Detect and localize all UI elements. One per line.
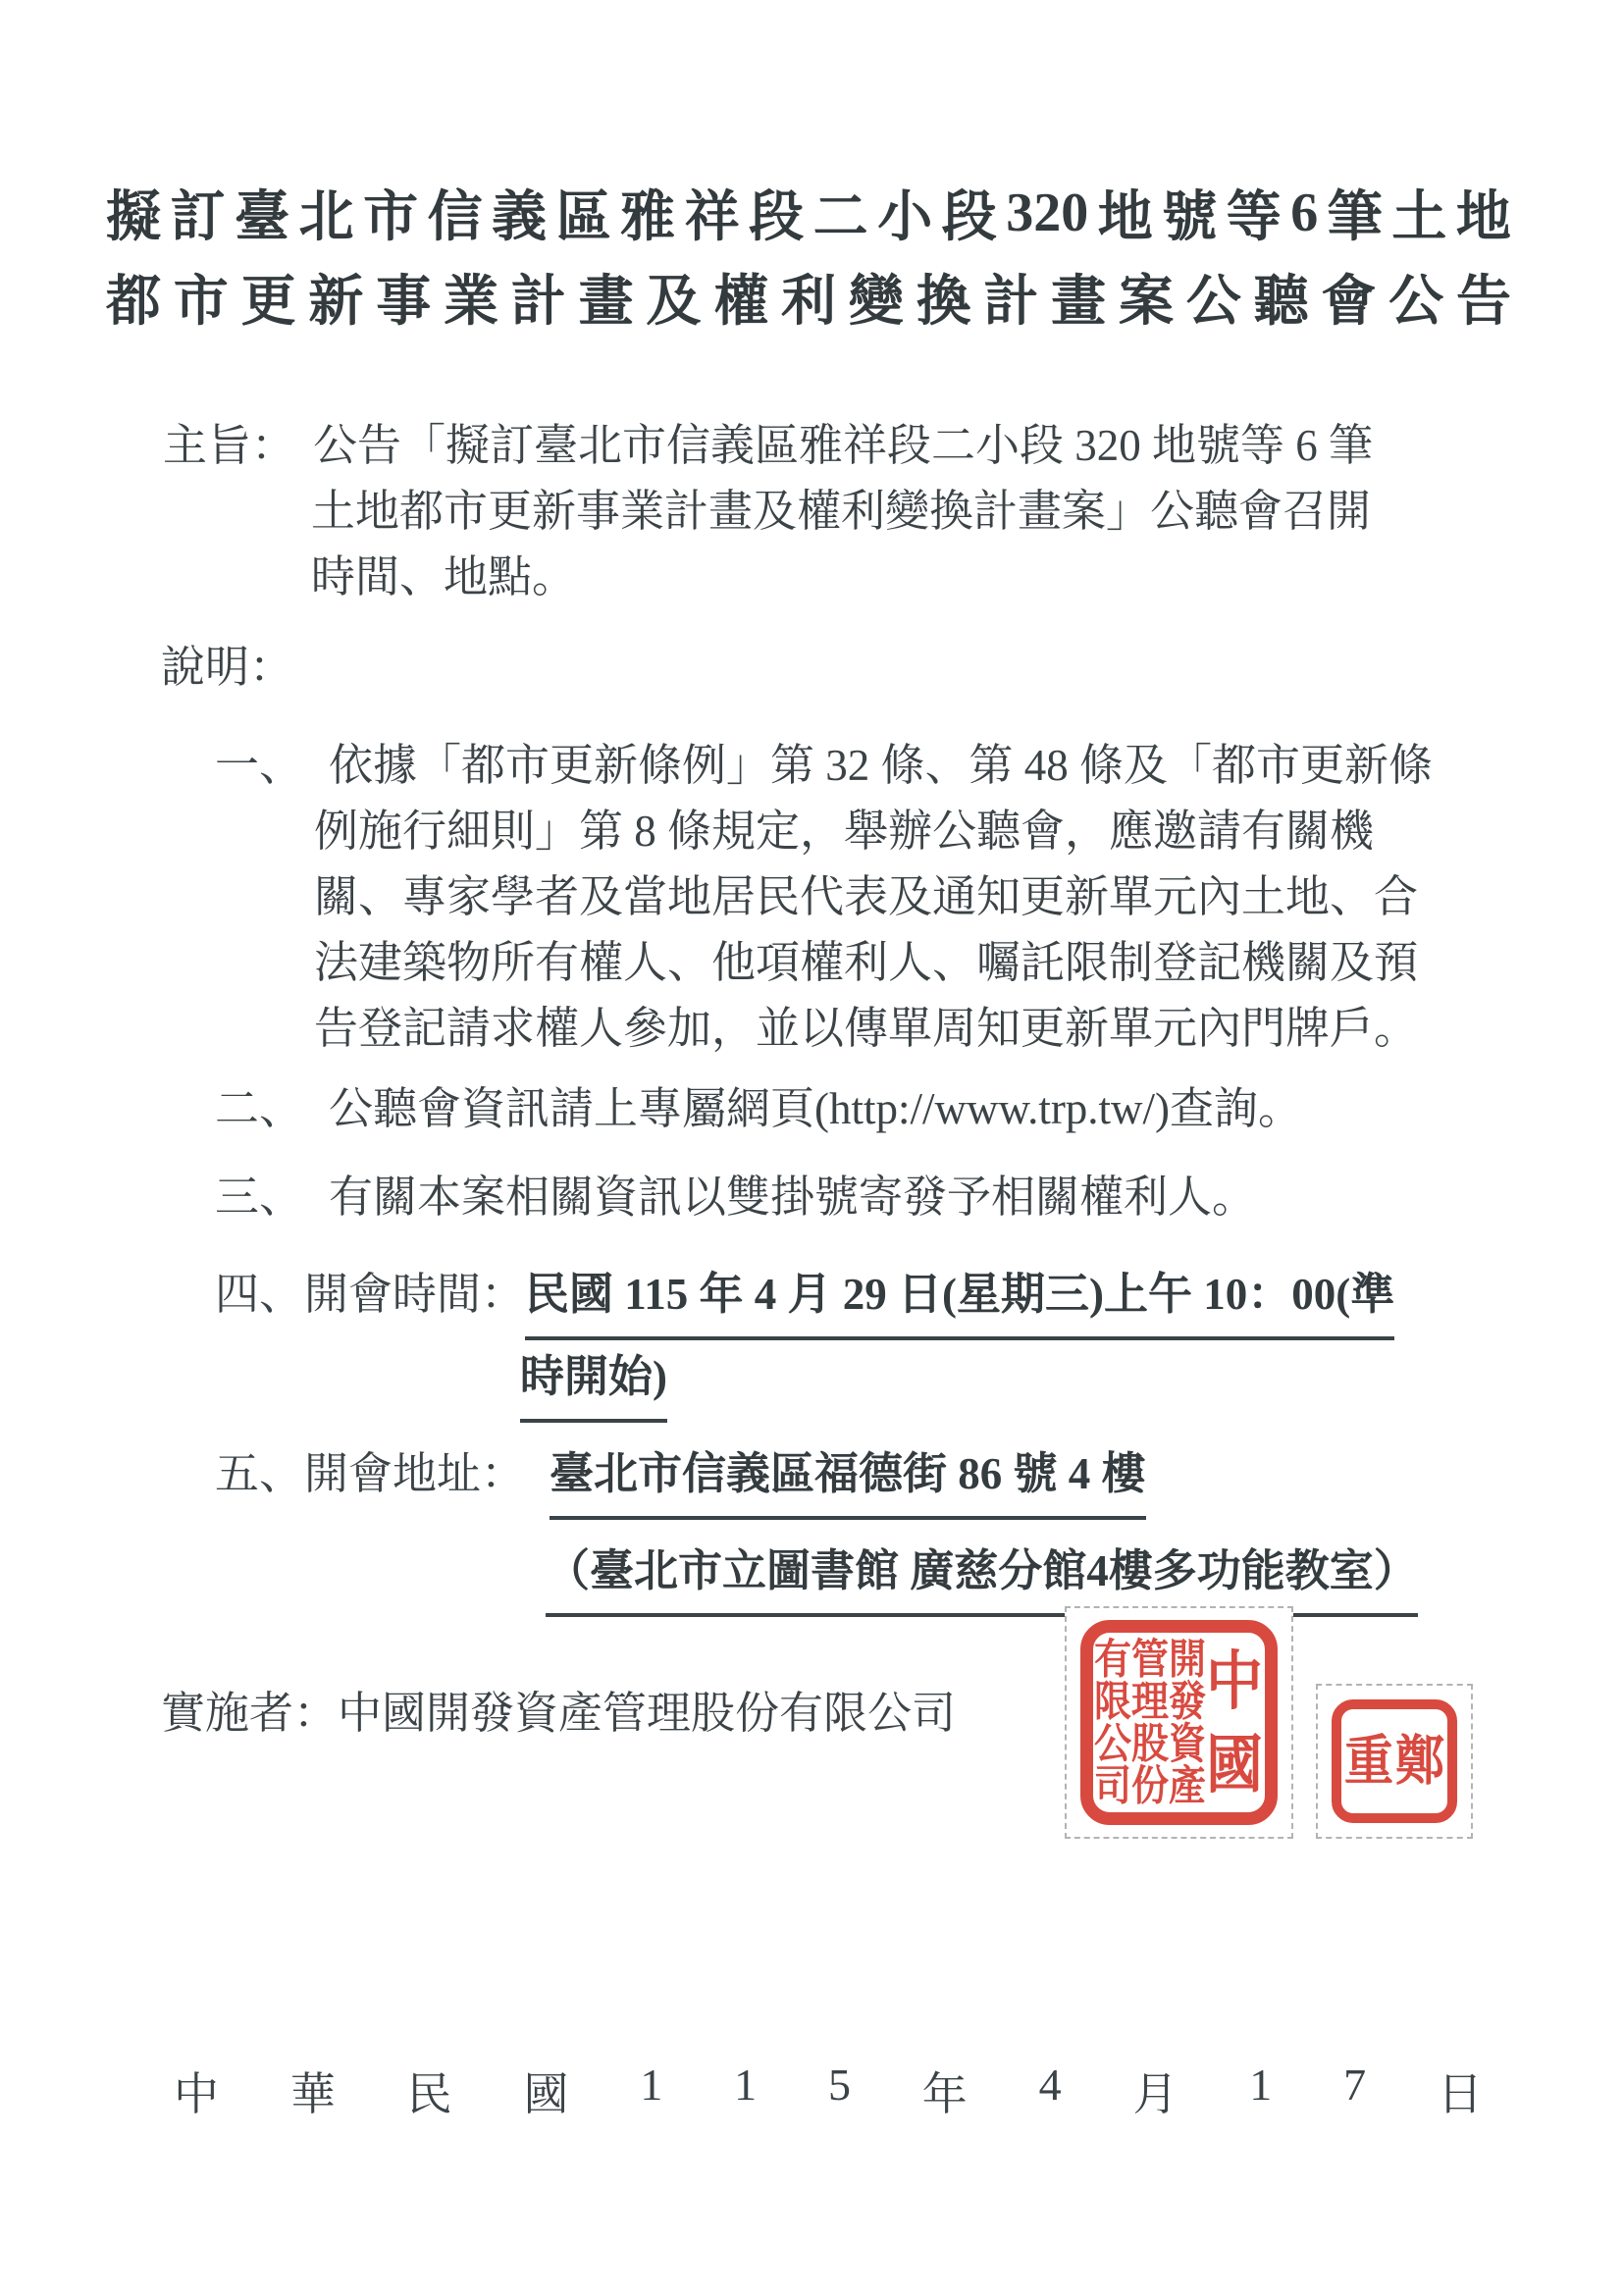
item-1-marker: 一、 — [215, 733, 329, 799]
text-token: 國 — [523, 2059, 568, 2123]
seal-character: 發 — [1169, 1681, 1206, 1723]
text-token: 段 — [942, 174, 997, 252]
list-item-1-line-3: 關、專家學者及當地居民代表及通知更新單元內土地、合 — [314, 864, 1623, 930]
list-item-2: 二、公聽會資訊請上專屬網頁(http://www.trp.tw/)查詢。 — [0, 1076, 1623, 1142]
text-token: 4 — [1039, 2059, 1062, 2123]
text-token: 雅 — [620, 174, 675, 252]
text-token: 1 — [640, 2059, 662, 2123]
subject-line-2: 土地都市更新事業計畫及權利變換計畫案」公聽會召開 — [311, 479, 1623, 545]
text-token: 信 — [428, 174, 483, 252]
text-token: 6 — [1290, 182, 1318, 244]
text-token: 地 — [1456, 174, 1511, 252]
list-item-5-line-1: 五、開會地址：臺北市信義區福德街 86 號 4 樓 — [215, 1437, 1623, 1520]
list-item-5-meeting-place: 五、開會地址：臺北市信義區福德街 86 號 4 樓 （臺北市立圖書館 廣慈分館4… — [0, 1437, 1623, 1617]
text-token: 7 — [1343, 2059, 1366, 2123]
list-item-3: 三、有關本案相關資訊以雙掛號寄發予相關權利人。 — [0, 1165, 1623, 1230]
seal-character: 有 — [1094, 1639, 1131, 1681]
seal-character: 股 — [1131, 1723, 1169, 1765]
list-item-3-line-1: 三、有關本案相關資訊以雙掛號寄發予相關權利人。 — [215, 1165, 1623, 1230]
text-token: 市 — [363, 174, 418, 252]
meeting-time-value-1: 民國 115 年 4 月 29 日(星期三)上午 10：00(準 — [525, 1258, 1394, 1340]
text-token: 新 — [308, 258, 363, 337]
text-token: 案 — [1119, 258, 1174, 337]
text-token: 二 — [813, 174, 868, 252]
seal-group: 中國開發資產管理股份有限公司 鄭重 — [1065, 1606, 1473, 1839]
implementer-line: 實施者：中國開發資產管理股份有限公司 — [161, 1681, 956, 1747]
list-item-1-line-4: 法建築物所有權人、他項權利人、囑託限制登記機關及預 — [314, 930, 1623, 996]
text-token: 臺 — [235, 174, 289, 252]
title-line-2: 都市更新事業計畫及權利變換計畫案公聽會公告 — [106, 255, 1511, 339]
seal-character: 理 — [1131, 1681, 1169, 1723]
seal-character: 開 — [1169, 1639, 1206, 1681]
announcement-document-page: 擬訂臺北市信義區雅祥段二小段320地號等6筆土地 都市更新事業計畫及權利變換計畫… — [0, 0, 1623, 2296]
seal-column: 重 — [1343, 1713, 1394, 1809]
document-date-line: 中華民國115年4月17日 — [174, 2059, 1483, 2123]
text-token: 土 — [1391, 174, 1446, 252]
text-token: 地 — [1098, 174, 1153, 252]
text-token: 月 — [1132, 2059, 1178, 2123]
seal-character: 管 — [1131, 1639, 1169, 1681]
text-token: 華 — [290, 2059, 336, 2123]
text-token: 事 — [376, 258, 431, 337]
seal-character: 國 — [1206, 1733, 1263, 1797]
seal-character: 資 — [1169, 1723, 1206, 1765]
text-token: 計 — [983, 258, 1038, 337]
item-1-text-1: 依據「都市更新條例」第 32 條、第 48 條及「都市更新條 — [329, 741, 1433, 790]
title-line-1: 擬訂臺北市信義區雅祥段二小段320地號等6筆土地 — [106, 171, 1511, 255]
name-seal-stamp-icon: 鄭重 — [1332, 1699, 1457, 1823]
list-item-1-line-1: 一、依據「都市更新條例」第 32 條、第 48 條及「都市更新條 — [215, 733, 1623, 799]
subject-label: 主旨： — [163, 413, 313, 479]
seal-character: 限 — [1094, 1681, 1131, 1723]
item-3-text: 有關本案相關資訊以雙掛號寄發予相關權利人。 — [329, 1173, 1256, 1222]
text-token: 公 — [1388, 258, 1443, 337]
text-token: 業 — [444, 258, 498, 337]
text-token: 區 — [556, 174, 611, 252]
meeting-time-value-2: 時開始) — [520, 1340, 667, 1423]
list-item-4-line-2: 時開始) — [520, 1340, 1623, 1423]
text-token: 利 — [781, 258, 836, 337]
text-token: 聽 — [1254, 258, 1309, 337]
item-5-marker: 五、 — [215, 1437, 304, 1511]
subject-text-1: 公告「擬訂臺北市信義區雅祥段二小段 320 地號等 6 筆 — [313, 421, 1373, 470]
text-token: 年 — [922, 2059, 968, 2123]
company-seal-box: 中國開發資產管理股份有限公司 — [1065, 1606, 1293, 1839]
text-token: 變 — [849, 258, 904, 337]
text-token: 號 — [1162, 174, 1217, 252]
implementer-label: 實施者： — [161, 1689, 338, 1738]
text-token: 計 — [511, 258, 566, 337]
seal-character: 鄭 — [1395, 1735, 1444, 1789]
company-seal-stamp-icon: 中國開發資產管理股份有限公司 — [1080, 1620, 1278, 1825]
text-token: 訂 — [171, 174, 226, 252]
text-token: 更 — [241, 258, 296, 337]
text-token: 義 — [492, 174, 547, 252]
subject-line-1: 主旨：公告「擬訂臺北市信義區雅祥段二小段 320 地號等 6 筆 — [163, 413, 1623, 479]
text-token: 1 — [734, 2059, 757, 2123]
seal-character: 中 — [1206, 1648, 1263, 1712]
text-token: 市 — [174, 258, 229, 337]
explanation-label: 說明： — [161, 635, 1623, 701]
text-token: 5 — [828, 2059, 851, 2123]
list-item-5-line-2: （臺北市立圖書館 廣慈分館4樓多功能教室） — [546, 1535, 1623, 1617]
list-item-2-line-1: 二、公聽會資訊請上專屬網頁(http://www.trp.tw/)查詢。 — [215, 1076, 1623, 1142]
text-token: 擬 — [106, 174, 161, 252]
text-token: 1 — [1249, 2059, 1272, 2123]
name-seal-box: 鄭重 — [1316, 1684, 1473, 1839]
text-token: 告 — [1456, 258, 1511, 337]
document-title: 擬訂臺北市信義區雅祥段二小段320地號等6筆土地 都市更新事業計畫及權利變換計畫… — [106, 0, 1511, 339]
subject-section: 主旨：公告「擬訂臺北市信義區雅祥段二小段 320 地號等 6 筆 土地都市更新事… — [0, 413, 1623, 610]
list-item-4-meeting-time: 四、開會時間：民國 115 年 4 月 29 日(星期三)上午 10：00(準 … — [0, 1258, 1623, 1423]
seal-character: 司 — [1094, 1764, 1131, 1806]
text-token: 等 — [1227, 174, 1282, 252]
text-token: 祥 — [685, 174, 740, 252]
implementer-section: 實施者：中國開發資產管理股份有限公司 中國開發資產管理股份有限公司 鄭重 — [0, 1617, 1623, 1862]
seal-character: 產 — [1169, 1764, 1206, 1806]
text-token: 小 — [877, 174, 932, 252]
text-token: 及 — [646, 258, 701, 337]
text-token: 民 — [407, 2059, 452, 2123]
implementer-company-name: 中國開發資產管理股份有限公司 — [338, 1689, 956, 1738]
meeting-place-value-1: 臺北市信義區福德街 86 號 4 樓 — [550, 1437, 1146, 1520]
seal-column: 有限公司 — [1094, 1639, 1131, 1806]
seal-column: 鄭 — [1394, 1713, 1445, 1809]
text-token: 會 — [1321, 258, 1376, 337]
list-item-4-line-1: 四、開會時間：民國 115 年 4 月 29 日(星期三)上午 10：00(準 — [215, 1258, 1623, 1340]
seal-column: 管理股份 — [1131, 1639, 1169, 1806]
text-token: 換 — [916, 258, 971, 337]
seal-column: 開發資產 — [1169, 1639, 1206, 1806]
text-token: 權 — [713, 258, 768, 337]
text-token: 筆 — [1328, 174, 1383, 252]
text-token: 畫 — [1051, 258, 1106, 337]
text-token: 中 — [174, 2059, 219, 2123]
item-3-marker: 三、 — [215, 1165, 329, 1230]
item-2-text: 公聽會資訊請上專屬網頁(http://www.trp.tw/)查詢。 — [329, 1084, 1302, 1133]
item-2-marker: 二、 — [215, 1076, 329, 1142]
text-token: 段 — [749, 174, 804, 252]
list-item-1: 一、依據「都市更新條例」第 32 條、第 48 條及「都市更新條 例施行細則」第… — [0, 733, 1623, 1062]
text-token: 日 — [1438, 2059, 1483, 2123]
list-item-1-line-5: 告登記請求權人參加，並以傳單周知更新單元內門牌戶。 — [314, 996, 1623, 1062]
text-token: 公 — [1186, 258, 1241, 337]
seal-column: 中國 — [1206, 1639, 1263, 1806]
text-token: 北 — [299, 174, 354, 252]
seal-character: 重 — [1344, 1735, 1393, 1789]
item-4-marker: 四、 — [215, 1258, 304, 1331]
seal-character: 公 — [1094, 1723, 1131, 1765]
seal-character: 份 — [1131, 1764, 1169, 1806]
text-token: 畫 — [579, 258, 634, 337]
text-token: 320 — [1006, 182, 1088, 244]
text-token: 都 — [106, 258, 161, 337]
subject-line-3: 時間、地點。 — [311, 545, 1623, 610]
meeting-place-label: 開會地址： — [304, 1437, 550, 1511]
meeting-place-value-2: （臺北市立圖書館 廣慈分館4樓多功能教室） — [546, 1535, 1418, 1617]
list-item-1-line-2: 例施行細則」第 8 條規定，舉辦公聽會，應邀請有關機 — [314, 799, 1623, 864]
meeting-time-label: 開會時間： — [304, 1258, 525, 1331]
